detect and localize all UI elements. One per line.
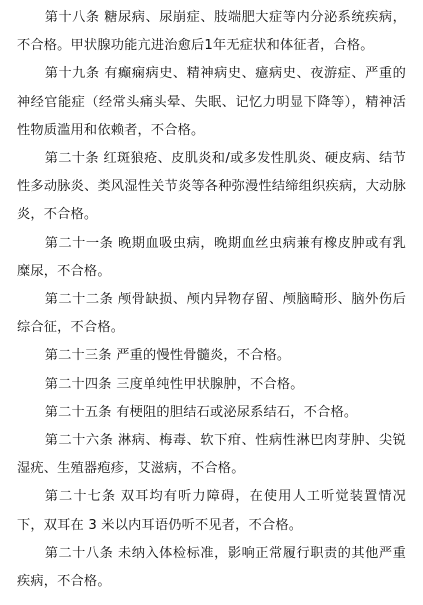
article-number: 第二十六条 [45,433,114,448]
article-21: 第二十一条晚期血吸虫病，晚期血丝虫病兼有橡皮肿或有乳糜尿，不合格。 [17,230,406,286]
article-number: 第二十八条 [45,546,114,561]
document-page: 第十八条糖尿病、尿崩症、肢端肥大症等内分泌系统疾病，不合格。甲状腺功能亢进治愈后… [0,0,423,605]
article-26: 第二十六条淋病、梅毒、软下疳、性病性淋巴肉芽肿、尖锐湿疣、生殖器疱疹，艾滋病，不… [17,427,406,483]
article-28: 第二十八条未纳入体检标准，影响正常履行职责的其他严重疾病，不合格。 [17,540,406,596]
article-text: 三度单纯性甲状腺肿，不合格。 [116,377,303,392]
article-19: 第十九条有癫痫病史、精神病史、癔病史、夜游症、严重的神经官能症（经常头痛头晕、失… [17,60,406,145]
article-number: 第二十一条 [45,236,114,251]
article-number: 第二十五条 [45,405,112,420]
article-18: 第十八条糖尿病、尿崩症、肢端肥大症等内分泌系统疾病，不合格。甲状腺功能亢进治愈后… [17,4,406,60]
article-number: 第十八条 [45,10,100,25]
article-number: 第二十七条 [45,489,117,504]
article-24: 第二十四条三度单纯性甲状腺肿，不合格。 [17,371,406,399]
article-text: 严重的慢性骨髓炎，不合格。 [116,348,290,363]
article-number: 第二十二条 [45,292,114,307]
article-number: 第二十条 [45,151,99,166]
article-number: 第二十三条 [45,348,112,363]
article-20: 第二十条红斑狼疮、皮肌炎和/或多发性肌炎、硬皮病、结节性多动脉炎、类风湿性关节炎… [17,145,406,230]
article-text: 有梗阻的胆结石或泌尿系结石，不合格。 [116,405,357,420]
article-27: 第二十七条双耳均有听力障碍，在使用人工听觉装置情况下，双耳在 3 米以内耳语仍听… [17,483,406,539]
article-23: 第二十三条严重的慢性骨髓炎，不合格。 [17,342,406,370]
article-number: 第十九条 [45,66,100,81]
article-22: 第二十二条颅骨缺损、颅内异物存留、颅脑畸形、脑外伤后综合征，不合格。 [17,286,406,342]
article-number: 第二十四条 [45,377,112,392]
article-25: 第二十五条有梗阻的胆结石或泌尿系结石，不合格。 [17,399,406,427]
